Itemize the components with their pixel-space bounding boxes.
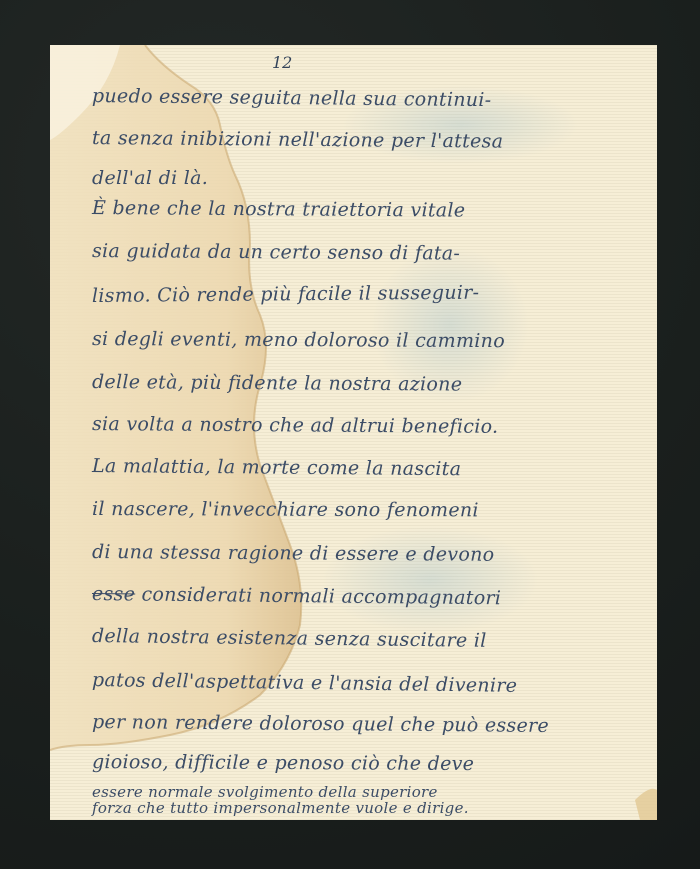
- text-line: ta senza inibizioni nell'azione per l'at…: [92, 127, 503, 153]
- letter-page: 12 puedo essere seguita nella sua contin…: [50, 45, 657, 820]
- text-line: La malattia, la morte come la nascita: [92, 455, 461, 480]
- text-line-content: considerati normali accompagnatori: [141, 584, 501, 610]
- text-line: lismo. Ciò rende più facile il susseguir…: [92, 282, 480, 307]
- text-line: della nostra esistenza senza suscitare i…: [92, 625, 487, 652]
- ink-bleed-through: [320, 525, 540, 635]
- text-line: sia volta a nostro che ad altrui benefic…: [92, 413, 499, 438]
- text-line: delle età, più fidente la nostra azione: [92, 371, 462, 396]
- page-number: 12: [272, 53, 292, 72]
- text-line: esse considerati normali accompagnatori: [92, 583, 501, 609]
- text-line: per non rendere doloroso quel che può es…: [92, 711, 549, 737]
- text-line: il nascere, l'invecchiare sono fenomeni: [92, 498, 479, 521]
- text-line: sia guidata da un certo senso di fata-: [92, 240, 460, 265]
- text-line: dell'al di là.: [92, 167, 208, 189]
- text-line: puedo essere seguita nella sua continui-: [92, 85, 492, 111]
- text-line: si degli eventi, meno doloroso il cammin…: [92, 328, 505, 352]
- text-line: È bene che la nostra traiettoria vitale: [92, 197, 466, 222]
- text-line: gioioso, difficile e penoso ciò che deve: [92, 751, 474, 775]
- text-line: di una stessa ragione di essere e devono: [92, 541, 495, 566]
- text-line: forza che tutto impersonalmente vuole e …: [92, 799, 469, 817]
- text-line: patos dell'aspettativa e l'ansia del div…: [92, 669, 518, 697]
- struck-word: esse: [92, 583, 135, 605]
